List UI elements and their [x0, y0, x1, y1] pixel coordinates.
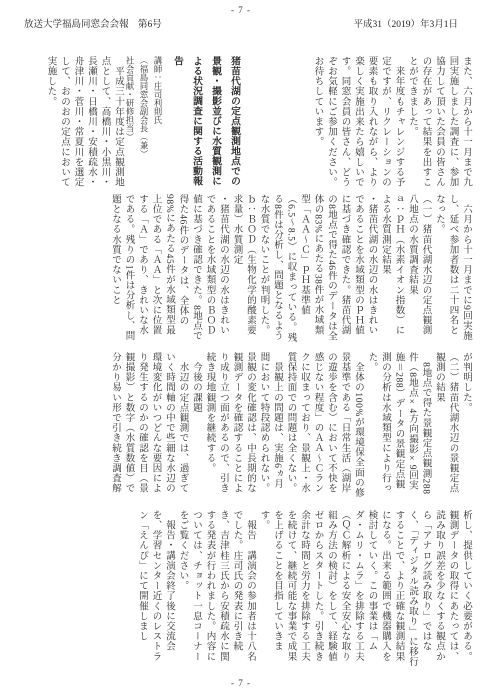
- section-heading: 今後の課題: [189, 352, 203, 498]
- paragraph: ・猪苗代湖の水辺の水はきれいであることを水域類型のＢＯＤ値に基づき確認できた。8…: [108, 194, 230, 344]
- paragraph: 水辺の定点観測では、過ぎていく時間軸の中で些細な水辺の環境変化がいつどんな要因に…: [108, 352, 189, 498]
- article-title: 猪苗代湖の定点観測地点での景観・撮影並びに水質観測による状況調査に関する活動報告: [168, 56, 244, 188]
- paragraph: 全体の100%が環境保全面の修景基準である「日常生活（湖岸の遊歩を含む）において…: [283, 352, 364, 498]
- article-author-line: （福島同窓会副会長（兼）: [136, 56, 150, 188]
- page-body: 平成三十年度は定点観測地点として、高橋川・小黒川・長瀬川・日橋川・安積疏水・舟津…: [18, 56, 472, 670]
- newsletter-page: - 7 - 放送大学福島同窓会会報 第6号 平成31（2019）年3月1日 平成…: [0, 0, 482, 694]
- paragraph: また、六月から十一月まで九回実施しました調査に、参加協力して頂いた会員の皆さんの…: [405, 56, 473, 188]
- paragraph: が判明した。: [459, 352, 473, 498]
- subsection-heading: ａ：ｐＨ（水素イオン指数）による水質測定結果: [378, 194, 405, 344]
- article-intro-block: 平成三十年度は定点観測地点として、高橋川・小黒川・長瀬川・日橋川・安積疏水・舟津…: [18, 56, 124, 188]
- article-author-line: 社会貢献・研修担当）: [122, 56, 136, 188]
- text-band-2: 六月から十一月までに9回実施し、延べ参加者数は二十四名となった。 （一）猪苗代湖…: [18, 194, 472, 344]
- paragraph: ・猪苗代湖の水辺の水はきれいであることを水域類型のｐＨ値に基づき確認できた。猪苗…: [256, 194, 378, 344]
- paragraph: 平成三十年度は定点観測地点として、高橋川・小黒川・長瀬川・日橋川・安積疏水・舟津…: [43, 56, 124, 188]
- article-title-block: 猪苗代湖の定点観測地点での景観・撮影並びに水質観測による状況調査に関する活動報告…: [124, 56, 244, 188]
- section-heading: （二）猪苗代湖水辺の景観定点観測の結果: [432, 352, 459, 498]
- paragraph: 8地点で得た景観定点観測288件（8地点×4方向撮影×9回実施＝288）データの…: [364, 352, 432, 498]
- previous-article-end-block: また、六月から十一月まで九回実施しました調査に、参加協力して頂いた会員の皆さんの…: [244, 56, 472, 188]
- issue-date: 平成31（2019）年3月1日: [353, 16, 458, 30]
- text-band-1: 平成三十年度は定点観測地点として、高橋川・小黒川・長瀬川・日橋川・安積疏水・舟津…: [18, 56, 472, 188]
- masthead: 放送大学福島同窓会会報 第6号 平成31（2019）年3月1日: [0, 14, 482, 30]
- paragraph: 景観上の問題は、実施6ヵ月間において特段認められない。景観の変化確認は、中長期的…: [202, 352, 283, 498]
- article-author-line: 講師：庄司利則氏: [150, 56, 164, 188]
- paragraph: 六月から十一月までに9回実施し、延べ参加者数は二十四名となった。: [432, 194, 473, 344]
- publication-title: 放送大学福島同窓会会報 第6号: [24, 16, 162, 30]
- paragraph: 報告 講演会の参加者は十八名でした。庄司氏の発表に引き続き、吉津桂三氏から安積疏…: [175, 510, 256, 670]
- section-heading: （一）猪苗代湖水辺の定点観測八地点の水質調査結果: [405, 194, 432, 344]
- paragraph: 来年度もチャレンジする予定ですが、リクレーションの要素も取り入れながら、より楽し…: [310, 56, 405, 188]
- subsection-heading: ｂ：ＢＯＤ（生物化学的酸素要求量）水質測定: [229, 194, 256, 344]
- text-band-3: が判明した。 （二）猪苗代湖水辺の景観定点観測の結果 8地点で得た景観定点観測2…: [18, 352, 472, 498]
- page-number-top: - 7 -: [0, 0, 482, 14]
- paragraph: 報告・講演会終了後に交流会を、学習センター近くのレストラン「えんぴ」にて開催しま…: [135, 510, 176, 670]
- page-number-bottom: - 7 -: [0, 678, 482, 688]
- paragraph: 析し、提供していく必要がある。観測データの取得にあたっては、読み取り誤差を少なく…: [256, 510, 472, 670]
- text-band-4: 析し、提供していく必要がある。観測データの取得にあたっては、読み取り誤差を少なく…: [18, 510, 472, 670]
